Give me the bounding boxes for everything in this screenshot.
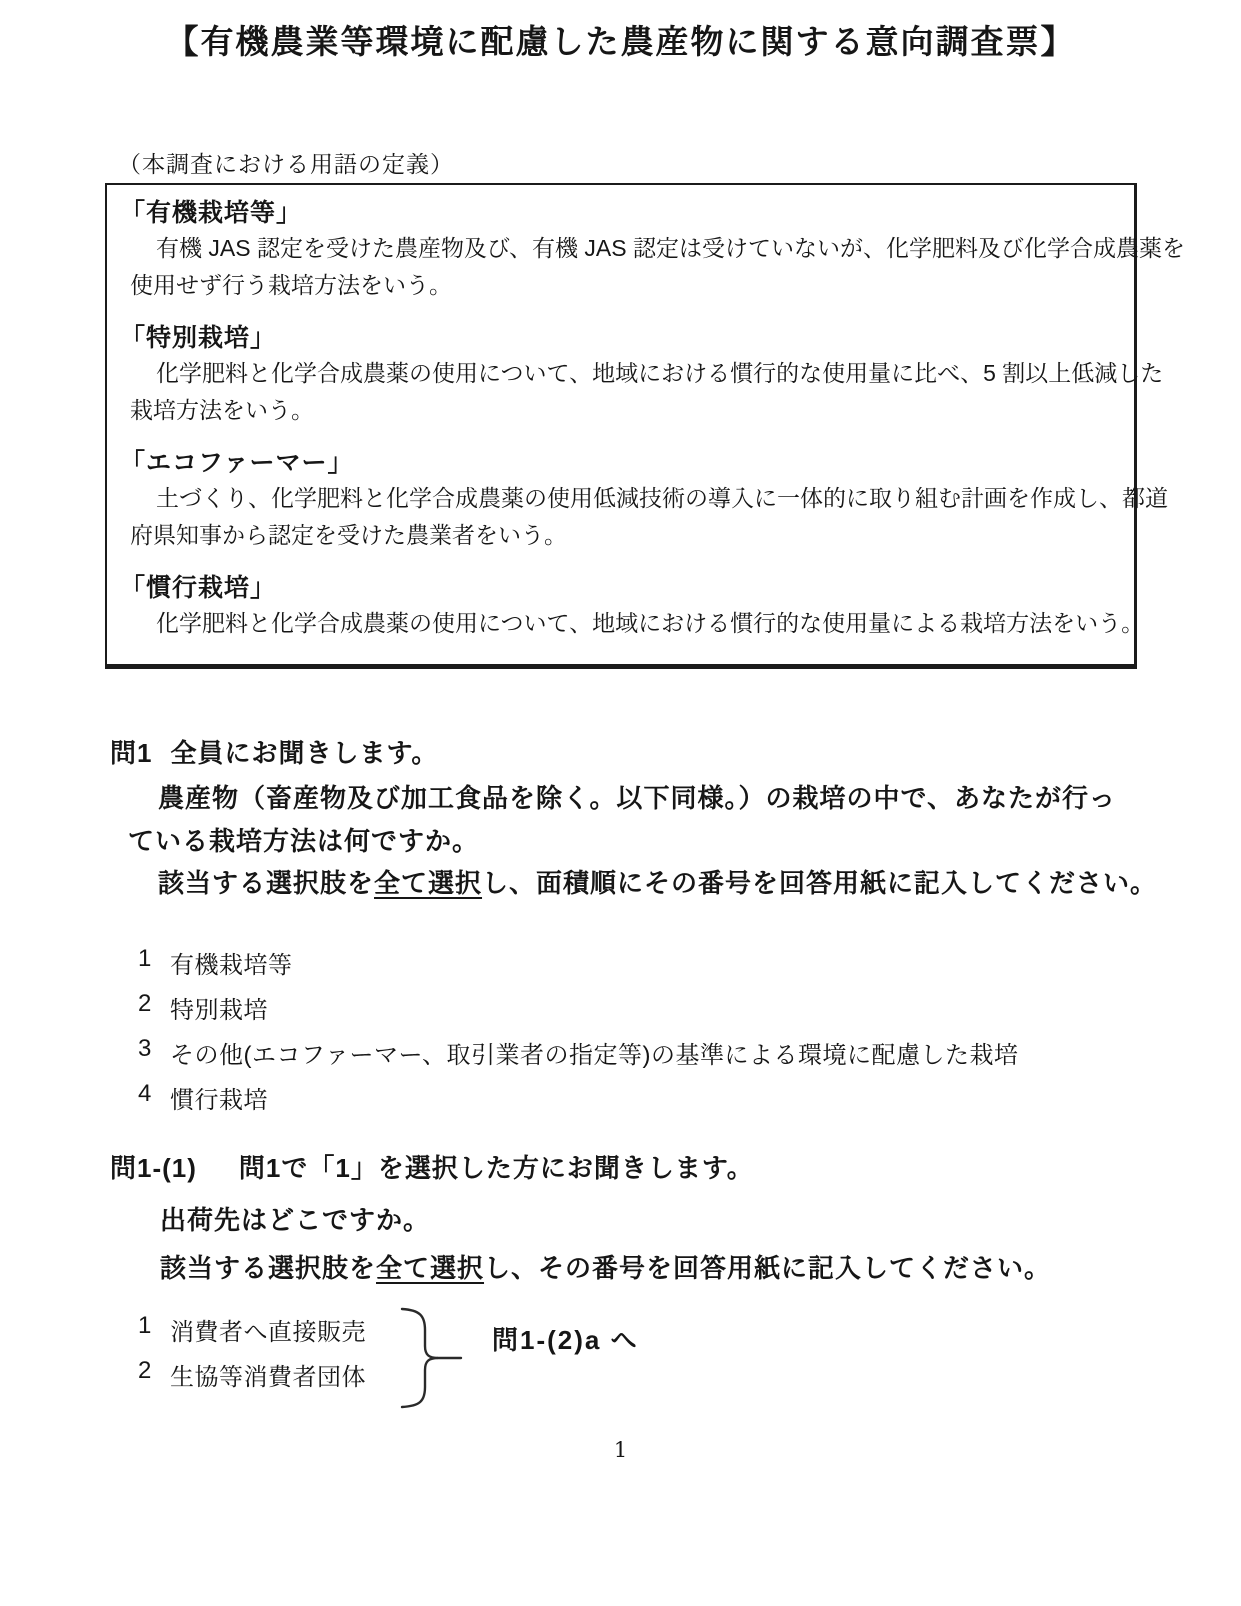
question-1-text-line: ている栽培方法は何ですか。 [128,821,479,858]
option-label: 消費者へ直接販売 [170,1312,366,1347]
question-1-label: 問1 [110,738,152,768]
definition-line: 土づくり、化学肥料と化学合成農薬の使用低減技術の導入に一体的に取り組む計画を作成… [120,480,1120,517]
question-1-options: 1 有機栽培等 2 特別栽培 3 その他(エコファーマー、取引業者の指定等)の基… [138,945,1019,1125]
instruction-pre: 該当する選択肢を [160,1253,376,1283]
option-number: 3 [138,1035,160,1063]
question-1-section: 問1全員にお聞きします。 農産物（畜産物及び加工食品を除く。以下同様。）の栽培の… [110,733,1190,913]
page-title: 【有機農業等環境に配慮した農産物に関する意向調査票】 [0,16,1241,63]
definition-item: 「慣行栽培」 化学肥料と化学合成農薬の使用について、地域における慣行的な使用量に… [120,571,1120,642]
definition-line: 化学肥料と化学合成農薬の使用について、地域における慣行的な使用量による栽培方法を… [120,605,1120,642]
definition-item: 「エコファーマー」 土づくり、化学肥料と化学合成農薬の使用低減技術の導入に一体的… [120,446,1120,554]
survey-document-page: 【有機農業等環境に配慮した農産物に関する意向調査票】 （本調査における用語の定義… [0,0,1241,1606]
option-number: 2 [138,1357,160,1385]
definition-line: 栽培方法をいう。 [120,392,1120,429]
option-row: 4 慣行栽培 [138,1080,1019,1125]
branch-target-label: 問1-(2)a へ [492,1320,639,1357]
question-1-1-section: 問1-(1)問1で「1」を選択した方にお聞きします。 出荷先はどこですか。 該当… [110,1148,1190,1278]
question-1-1-text-line: 出荷先はどこですか。 [160,1200,430,1237]
instruction-post: し、面積順にその番号を回答用紙に記入してください。 [482,868,1157,898]
option-row: 2 生協等消費者団体 [138,1357,366,1402]
question-1-text-line: 農産物（畜産物及び加工食品を除く。以下同様。）の栽培の中で、あなたが行っ [158,778,1116,815]
option-row: 2 特別栽培 [138,990,1019,1035]
question-1-1-label: 問1-(1) [110,1153,197,1183]
definitions-box: 「有機栽培等」 有機 JAS 認定を受けた農産物及び、有機 JAS 認定は受けて… [105,183,1137,669]
question-1-1-heading-text: 問1で「1」を選択した方にお聞きします。 [239,1153,754,1183]
definition-line: 府県知事から認定を受けた農業者をいう。 [120,517,1120,554]
definitions-caption: （本調査における用語の定義） [118,146,454,179]
question-1-heading: 問1全員にお聞きします。 [110,733,438,770]
definition-item: 「特別栽培」 化学肥料と化学合成農薬の使用について、地域における慣行的な使用量に… [120,321,1120,429]
option-number: 1 [138,1312,160,1340]
option-label: 特別栽培 [170,990,268,1025]
option-number: 2 [138,990,160,1018]
definition-term: 「有機栽培等」 [120,196,1120,230]
question-1-1-instruction: 該当する選択肢を全て選択し、その番号を回答用紙に記入してください。 [160,1248,1051,1285]
option-row: 1 有機栽培等 [138,945,1019,990]
option-number: 1 [138,945,160,973]
page-number: 1 [0,1438,1241,1462]
instruction-post: し、その番号を回答用紙に記入してください。 [484,1253,1051,1283]
option-row: 1 消費者へ直接販売 [138,1312,366,1357]
question-1-instruction: 該当する選択肢を全て選択し、面積順にその番号を回答用紙に記入してください。 [158,863,1157,900]
definition-line: 有機 JAS 認定を受けた農産物及び、有機 JAS 認定は受けていないが、化学肥… [120,230,1120,267]
option-label: その他(エコファーマー、取引業者の指定等)の基準による環境に配慮した栽培 [170,1035,1019,1070]
definition-term: 「特別栽培」 [120,321,1120,355]
definition-item: 「有機栽培等」 有機 JAS 認定を受けた農産物及び、有機 JAS 認定は受けて… [120,196,1120,304]
definition-term: 「エコファーマー」 [120,446,1120,480]
option-label: 有機栽培等 [170,945,293,980]
option-number: 4 [138,1080,160,1108]
instruction-underlined: 全て選択 [376,1253,484,1283]
brace-icon [398,1306,468,1410]
definition-line: 使用せず行う栽培方法をいう。 [120,267,1120,304]
option-label: 慣行栽培 [170,1080,268,1115]
instruction-underlined: 全て選択 [374,868,482,898]
question-1-1-options: 1 消費者へ直接販売 2 生協等消費者団体 [138,1312,366,1402]
option-row: 3 その他(エコファーマー、取引業者の指定等)の基準による環境に配慮した栽培 [138,1035,1019,1080]
question-1-1-heading: 問1-(1)問1で「1」を選択した方にお聞きします。 [110,1148,754,1185]
definition-line: 化学肥料と化学合成農薬の使用について、地域における慣行的な使用量に比べ、5 割以… [120,355,1120,392]
definition-term: 「慣行栽培」 [120,571,1120,605]
question-1-heading-text: 全員にお聞きします。 [170,738,438,768]
option-label: 生協等消費者団体 [170,1357,366,1392]
instruction-pre: 該当する選択肢を [158,868,374,898]
